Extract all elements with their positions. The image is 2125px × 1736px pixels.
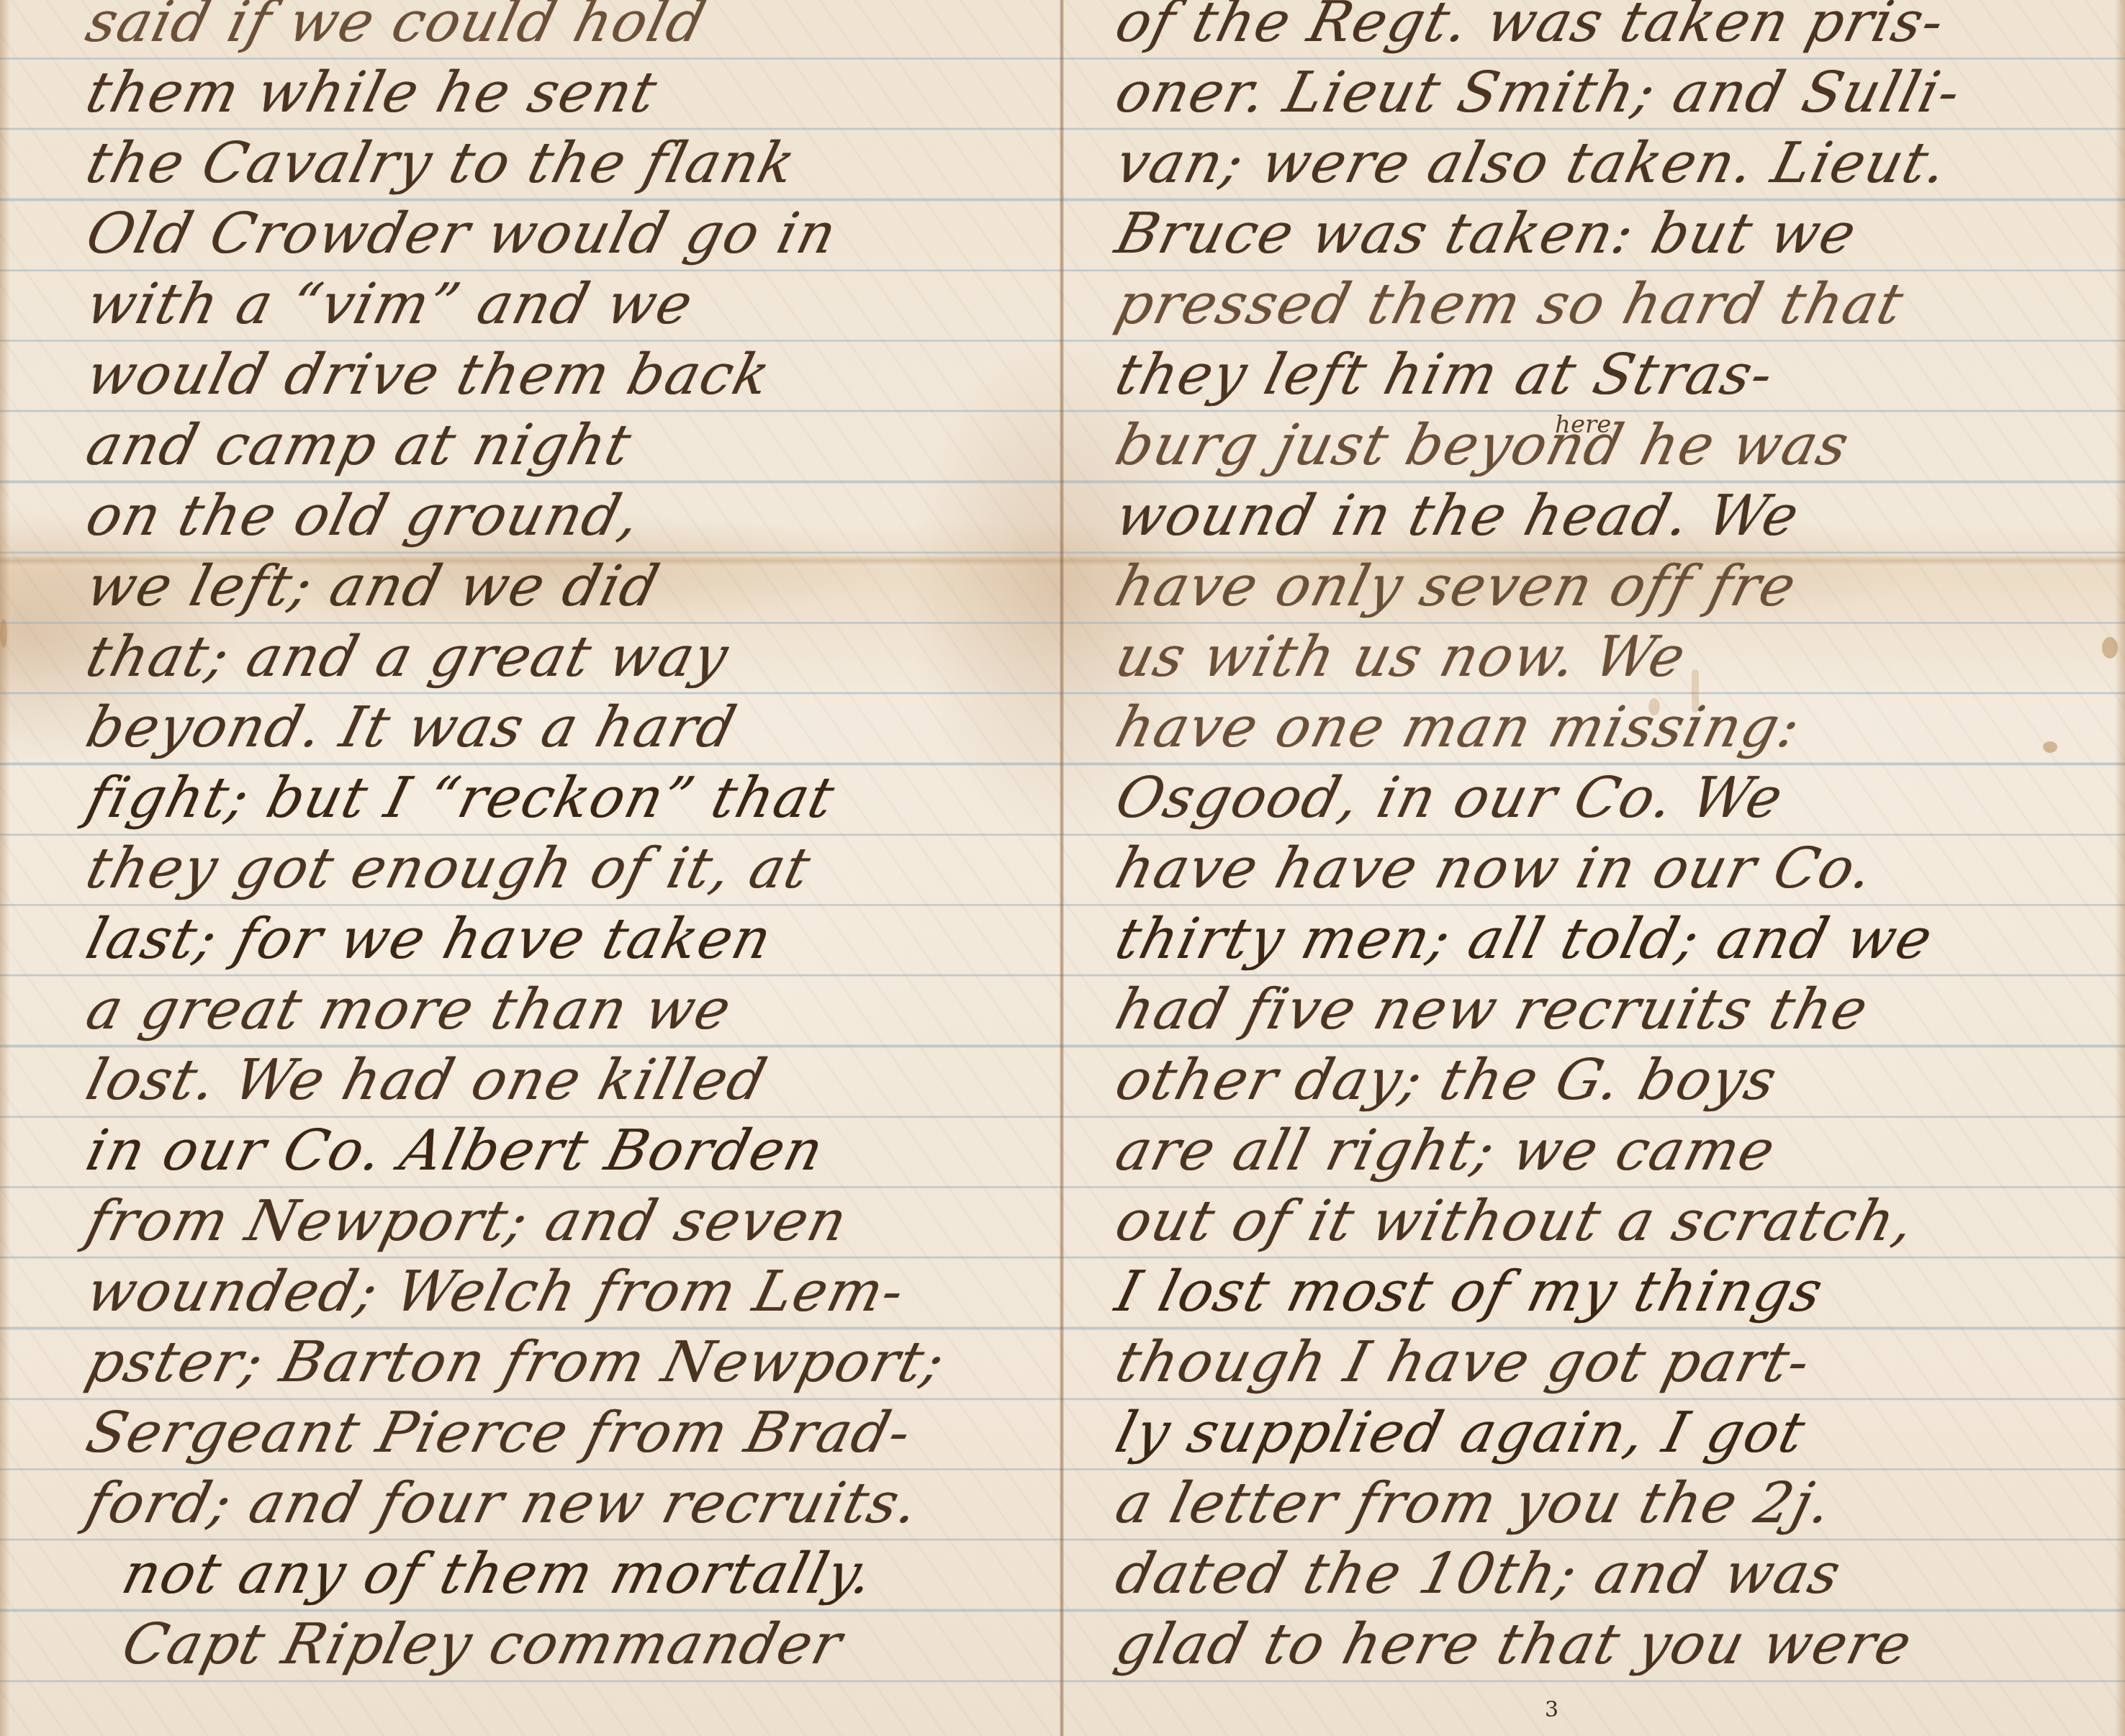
handwritten-line: they got enough of it, at [79, 833, 818, 904]
handwritten-line: a great more than we [79, 975, 739, 1045]
handwritten-line: have one man missing: [1109, 692, 1808, 763]
handwritten-line: oner. Lieut Smith; and Sulli- [1109, 58, 1969, 128]
handwritten-line: fight; but I “reckon” that [79, 763, 842, 833]
handwritten-line: on the old ground, [79, 481, 649, 551]
handwritten-line: Old Crowder would go in [79, 199, 844, 269]
handwritten-line: beyond. It was a hard [79, 692, 744, 763]
handwritten-line: other day; the G. boys [1109, 1045, 1785, 1116]
center-fold [1060, 0, 1064, 1736]
handwritten-line: with a “vim” and we [79, 269, 701, 340]
handwritten-line: them while he sent [79, 58, 665, 128]
handwritten-line: Capt Ripley commander [115, 1609, 850, 1680]
handwritten-line: Bruce was taken: but we [1109, 199, 1864, 269]
handwritten-line: out of it without a scratch, [1109, 1186, 1923, 1257]
handwritten-line: glad to here that you were [1109, 1609, 1920, 1680]
handwritten-line: us with us now. We [1109, 622, 1694, 692]
handwritten-line: we left; and we did [79, 551, 667, 622]
handwritten-line: Osgood, in our Co. We [1109, 763, 1791, 833]
handwritten-line: wound in the head. We [1109, 481, 1807, 551]
handwritten-line: and camp at night [79, 410, 639, 481]
handwritten-line: last; for we have taken [79, 904, 780, 975]
handwritten-line: van; were also taken. Lieut. [1109, 128, 1956, 199]
handwritten-line: pressed them so hard that [1109, 269, 1911, 340]
right-edge-stain [2115, 0, 2125, 1736]
handwritten-line: lost. We had one killed [79, 1045, 775, 1116]
handwritten-line: Sergeant Pierce from Brad- [79, 1398, 919, 1468]
handwritten-line: are all right; we came [1109, 1116, 1783, 1186]
handwritten-line: wounded; Welch from Lem- [79, 1257, 913, 1327]
handwritten-line: I lost most of my things [1109, 1257, 1831, 1327]
handwritten-line: from Newport; and seven [79, 1186, 855, 1257]
handwritten-line: dated the 10th; and was [1109, 1539, 1849, 1609]
letter-spread: said if we could hold them while he sent… [0, 0, 2125, 1736]
handwritten-line: ford; and four new recruits. [79, 1468, 927, 1539]
handwritten-line: ly supplied again, I got [1109, 1398, 1813, 1468]
handwritten-line: would drive them back [79, 340, 778, 410]
handwritten-line: have have now in our Co. [1109, 833, 1882, 904]
handwritten-line: not any of them mortally. [115, 1539, 882, 1609]
handwritten-line: that; and a great way [79, 622, 736, 692]
handwritten-line: said if we could hold [79, 0, 714, 58]
handwritten-line: the Cavalry to the flank [79, 128, 803, 199]
handwritten-line: though I have got part- [1109, 1327, 1818, 1398]
edge-stain [0, 619, 7, 648]
page-mark: 3 [1545, 1697, 1558, 1722]
handwritten-line: they left him at Stras- [1109, 340, 1782, 410]
left-edge-stain [0, 0, 10, 1736]
handwritten-line: pster; Barton from Newport; [79, 1327, 953, 1398]
handwritten-line: of the Regt. was taken pris- [1109, 0, 1952, 58]
handwritten-line: had five new recruits the [1109, 975, 1876, 1045]
left-page: said if we could hold them while he sent… [79, 0, 1051, 1736]
interlinear-insert: here [1555, 410, 1611, 439]
handwritten-line: thirty men; all told; and we [1109, 904, 1941, 975]
handwritten-line: in our Co. Albert Borden [79, 1116, 831, 1186]
handwritten-line: a letter from you the 2j. [1109, 1468, 1841, 1539]
handwritten-line: burg just beyond he was [1109, 410, 1857, 481]
right-page: of the Regt. was taken pris- oner. Lieut… [1109, 0, 2109, 1736]
handwritten-line: have only seven off fre [1109, 551, 1804, 622]
